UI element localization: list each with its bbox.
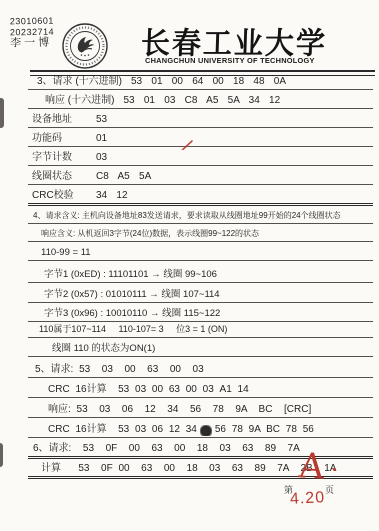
q5-request-row: 5、请求: 53 03 00 63 00 03 [28,357,373,378]
university-title-en: CHANGCHUN UNIVERSITY OF TECHNOLOGY [145,56,315,65]
q3-field-row: CRC校验 34 12 [28,185,373,206]
q4-offset-calc-row: 110-99 = 11 [28,242,373,261]
q4-byte1-row: 字节1 (0xED) : 11101101 → 线圈 99~106 [28,261,373,283]
q4-request-meaning-row: 4、请求含义: 主机向设备地址83发送请求，要求读取从线圈地址99开始的24个线… [28,208,373,224]
q5-crc1-row: CRC 16计算 53 03 00 63 00 03 A1 14 [28,378,373,398]
crossed-out-scribble [200,425,212,436]
field-label: 线圈状态 [32,167,96,182]
field-label: 设备地址 [32,110,96,125]
q3-request-hex: 53 01 00 64 00 18 48 0A [131,76,286,87]
student-id-line2: 20232714 [10,26,54,37]
q5-response-row: 响应: 53 03 06 12 34 56 78 9A BC [CRC] [28,398,373,418]
q5-crc-calc2-part2: 56 78 9A BC 78 56 [215,424,314,435]
q3-request-row: 3、请求 (十六进制) 53 01 00 64 00 18 48 0A [28,76,373,90]
q5-crc2-row: CRC 16计算 53 03 06 12 3456 78 9A BC 78 56 [28,418,373,438]
q4-byte3-row: 字节3 (0x96) : 10010110 → 线圈 115~122 [28,303,373,322]
field-label: CRC校验 [32,186,96,201]
grade-dot [333,468,336,471]
field-value: 53 [96,114,107,125]
q4-response-meaning: 响应含义: 从机返回3字节(24位)数据，表示线圈99~122的状态 [41,228,259,239]
q4-conclusion-row: 线圈 110 的状态为ON(1) [28,338,373,357]
q4-position-calc: 110属于107~114 110-107= 3 位3 = 1 (ON) [39,322,227,335]
q4-response-meaning-row: 响应含义: 从机返回3字节(24位)数据，表示线圈99~122的状态 [28,224,373,242]
student-ids: 23010601 20232714 李一博 [10,16,55,49]
field-label: 字节计数 [32,148,96,163]
q4-byte2: 字节2 (0x57) : 01010111 → 线圈 107~114 [44,286,220,300]
field-value: 03 [96,152,107,163]
q3-field-row: 线圈状态 C8 A5 5A [28,166,373,185]
q5-crc-calc2-part1: CRC 16计算 53 03 06 12 34 [48,420,197,435]
q4-conclusion: 线圈 110 的状态为ON(1) [52,340,155,354]
field-value: 34 12 [96,190,128,201]
scan-smudge [0,443,3,467]
q3-field-row: 字节计数 03 [28,147,373,166]
q4-byte3: 字节3 (0x96) : 10010110 → 线圈 115~122 [44,305,220,319]
q6-calc: 计算 53 0F 00 63 00 18 03 63 89 7A 2B 1A [41,459,336,474]
scanned-homework-page: 23010601 20232714 李一博 长春工业大学 CHANGCHUN U… [0,0,379,531]
field-label: 功能码 [32,129,96,144]
q4-byte2-row: 字节2 (0x57) : 01010111 → 线圈 107~114 [28,283,373,303]
page-suffix: 页 [325,483,334,496]
university-seal-icon [61,22,109,70]
grade-mark: A [298,448,326,486]
q3-response-row: 响应 (十六进制) 53 01 03 C8 A5 5A 34 12 [28,90,373,109]
q4-byte1: 字节1 (0xED) : 11101101 → 线圈 99~106 [44,266,217,280]
q6-request: 6、请求: 53 0F 00 63 00 18 03 63 89 7A [33,439,300,454]
student-name: 李一博 [10,38,54,49]
student-id-line1: 23010601 [10,16,54,27]
q5-response: 响应: 53 03 06 12 34 56 78 9A BC [CRC] [48,400,311,415]
grade-date: 4.20 [290,489,326,509]
q3-field-row: 设备地址 53 [28,109,373,128]
q5-crc-calc1: CRC 16计算 53 03 00 63 00 03 A1 14 [48,380,249,395]
q4-request-meaning: 4、请求含义: 主机向设备地址83发送请求，要求读取从线圈地址99开始的24个线… [33,210,341,221]
field-value: C8 A5 5A [96,171,151,182]
q4-position-calc-row: 110属于107~114 110-107= 3 位3 = 1 (ON) [28,322,373,338]
q3-response-label: 响应 (十六进制) [45,91,114,106]
field-value: 01 [96,133,107,144]
q3-field-row: 功能码 01 [28,128,373,147]
q4-offset-calc: 110-99 = 11 [41,247,91,258]
q3-request-label: 3、请求 (十六进制) [37,72,122,87]
q3-response-hex: 53 01 03 C8 A5 5A 34 12 [123,95,280,106]
q5-request: 5、请求: 53 03 00 63 00 03 [35,360,204,375]
scan-smudge [0,98,4,128]
